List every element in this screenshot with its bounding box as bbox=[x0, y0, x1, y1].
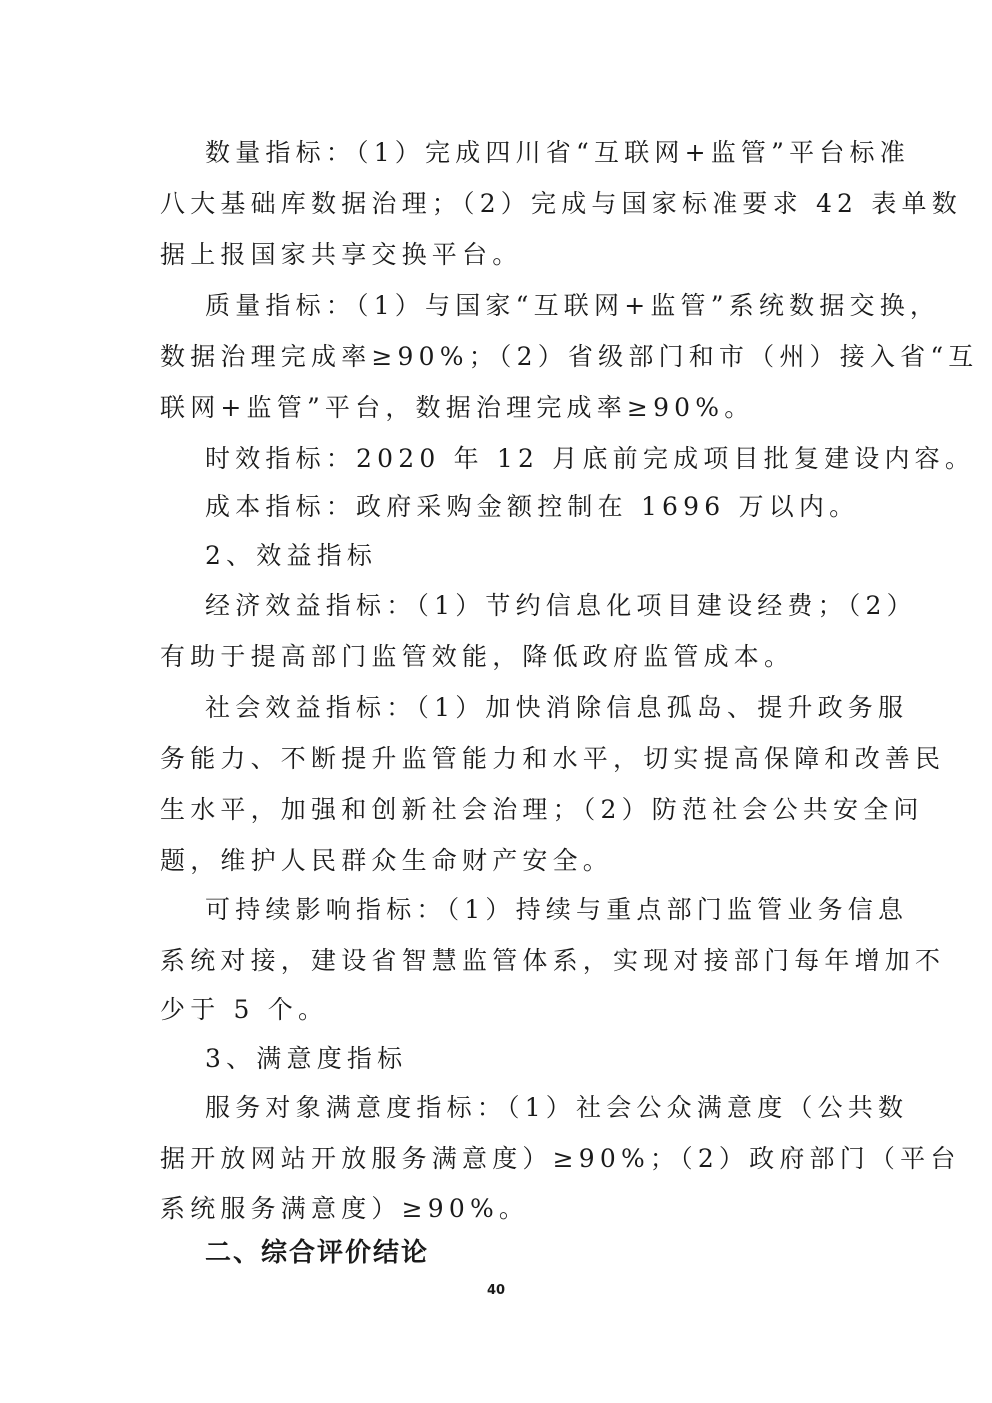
economic-benefit-line-1: 经济效益指标：（1）节约信息化项目建设经费；（2） bbox=[205, 590, 850, 622]
social-benefit-line-2: 务能力、不断提升监管能力和水平，切实提高保障和改善民 bbox=[160, 743, 850, 775]
service-satisfaction-line-1: 服务对象满意度指标：（1）社会公众满意度（公共数 bbox=[205, 1092, 850, 1124]
economic-benefit-line-2: 有助于提高部门监管效能，降低政府监管成本。 bbox=[160, 641, 850, 673]
quantity-indicator-line-2: 八大基础库数据治理；（2）完成与国家标准要求 42 表单数 bbox=[160, 188, 850, 220]
benefit-indicators-heading: 2、效益指标 bbox=[205, 540, 850, 572]
sustainable-impact-line-3: 少于 5 个。 bbox=[160, 994, 850, 1026]
chapter-heading: 二、综合评价结论 bbox=[205, 1236, 429, 1270]
quality-indicator-line-3: 联网+监管”平台，数据治理完成率≥90%。 bbox=[160, 392, 850, 424]
social-benefit-line-1: 社会效益指标：（1）加快消除信息孤岛、提升政务服 bbox=[205, 692, 850, 724]
cost-indicator: 成本指标：政府采购金额控制在 1696 万以内。 bbox=[205, 491, 850, 523]
sustainable-impact-line-1: 可持续影响指标：（1）持续与重点部门监管业务信息 bbox=[205, 894, 850, 926]
social-benefit-line-3: 生水平，加强和创新社会治理；（2）防范社会公共安全问 bbox=[160, 794, 850, 826]
timeliness-indicator: 时效指标：2020 年 12 月底前完成项目批复建设内容。 bbox=[205, 443, 850, 475]
page-number: 40 bbox=[0, 1283, 992, 1298]
quality-indicator-line-1: 质量指标：（1）与国家“互联网+监管”系统数据交换， bbox=[205, 290, 850, 322]
document-page: 数量指标：（1）完成四川省“互联网+监管”平台标准 八大基础库数据治理；（2）完… bbox=[0, 0, 992, 1403]
service-satisfaction-line-3: 系统服务满意度）≥90%。 bbox=[160, 1193, 850, 1225]
quality-indicator-line-2: 数据治理完成率≥90%；（2）省级部门和市（州）接入省“互 bbox=[160, 341, 850, 373]
service-satisfaction-line-2: 据开放网站开放服务满意度）≥90%；（2）政府部门（平台 bbox=[160, 1143, 850, 1175]
satisfaction-indicators-heading: 3、满意度指标 bbox=[205, 1043, 850, 1075]
quantity-indicator-line-3: 据上报国家共享交换平台。 bbox=[160, 239, 850, 271]
quantity-indicator-line-1: 数量指标：（1）完成四川省“互联网+监管”平台标准 bbox=[205, 137, 850, 169]
social-benefit-line-4: 题，维护人民群众生命财产安全。 bbox=[160, 845, 850, 877]
sustainable-impact-line-2: 系统对接，建设省智慧监管体系，实现对接部门每年增加不 bbox=[160, 945, 850, 977]
